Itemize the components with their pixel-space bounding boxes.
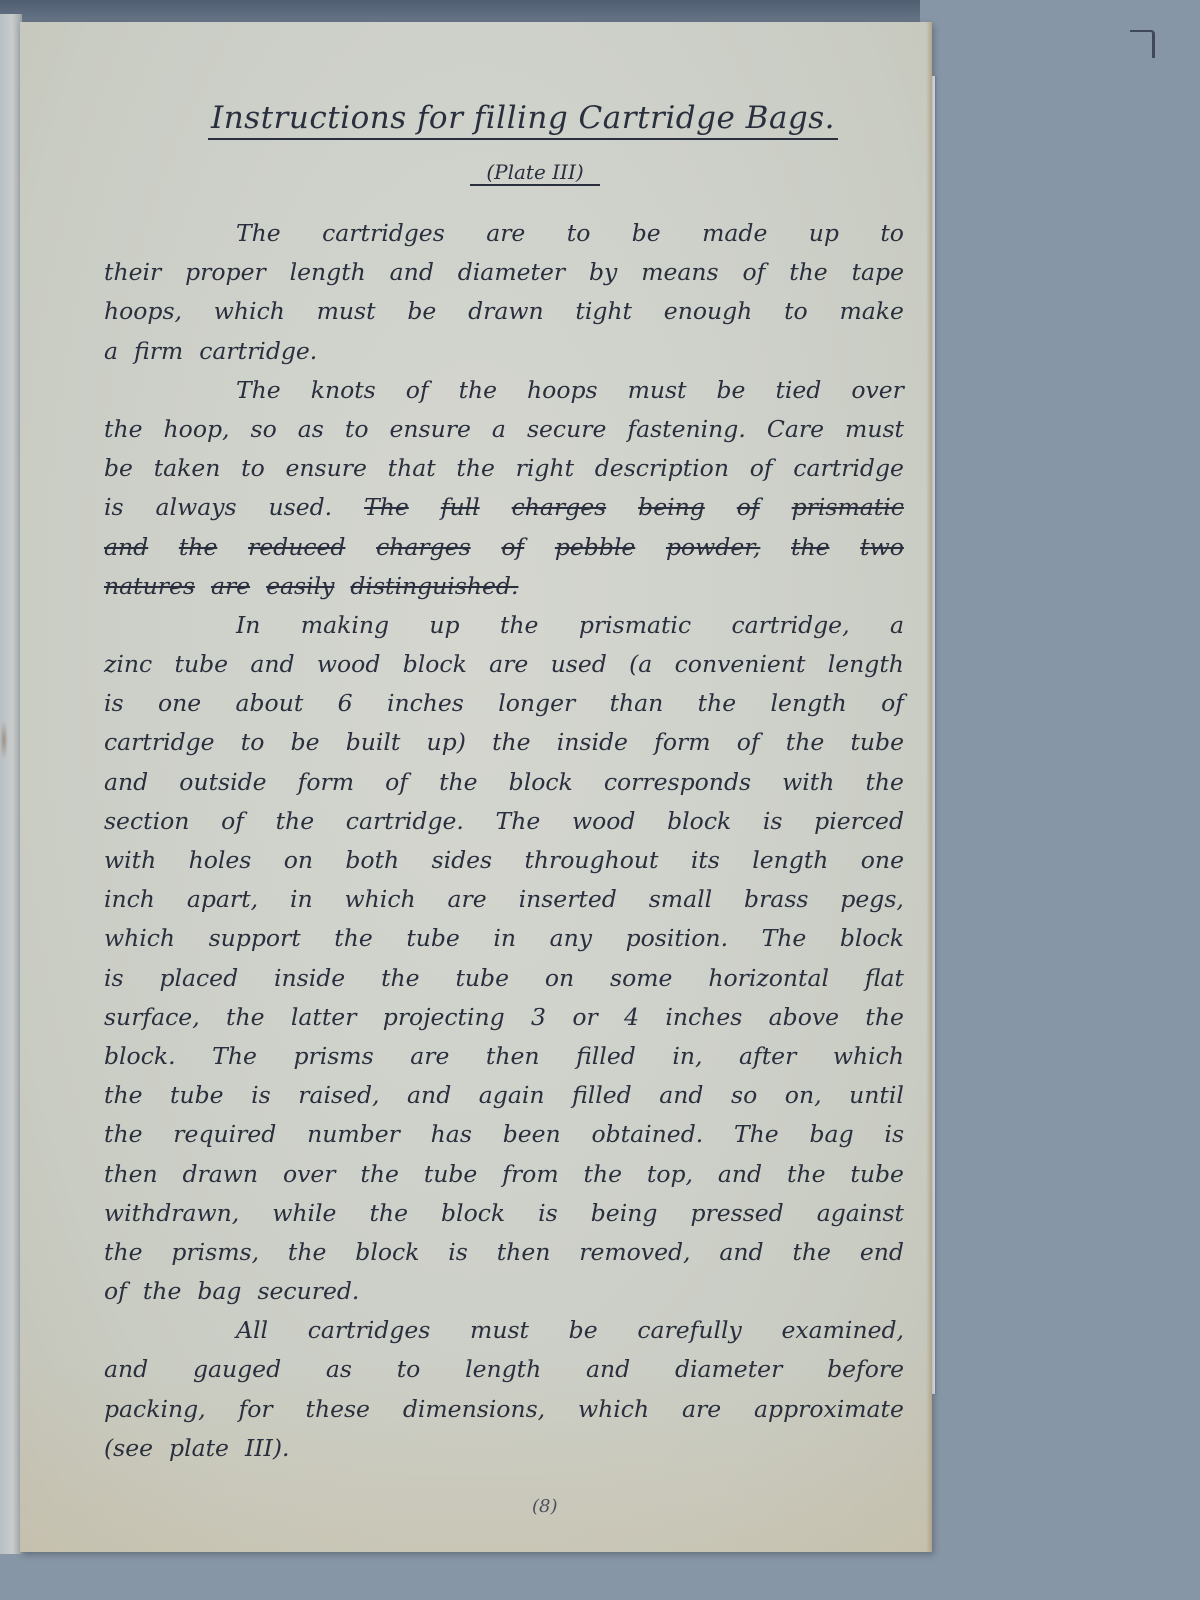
word: wood [317, 645, 380, 684]
text-line: Inmakinguptheprismaticcartridge,a [104, 606, 904, 645]
word: tube [455, 959, 509, 998]
word: is [448, 1233, 468, 1272]
struck-word: pebble [555, 528, 635, 567]
word: ensure [286, 449, 367, 488]
word: III). [245, 1429, 290, 1468]
word: being [591, 1194, 658, 1233]
word: proper [185, 253, 266, 292]
word: the [276, 802, 315, 841]
word: up [429, 606, 459, 645]
word: to [241, 449, 265, 488]
word: of [221, 802, 244, 841]
word: zinc [104, 645, 152, 684]
word: the [104, 1233, 143, 1272]
word: block. [104, 1037, 176, 1076]
word: to [241, 723, 265, 762]
word: block [403, 645, 467, 684]
word: over [283, 1155, 336, 1194]
manuscript-body: Thecartridgesaretobemadeuptotheirproperl… [104, 214, 904, 1468]
text-line: hoops,whichmustbedrawntightenoughtomake [104, 292, 904, 331]
word: then [497, 1233, 551, 1272]
word: block [355, 1233, 419, 1272]
word: bag [810, 1115, 854, 1154]
word: tube [424, 1155, 478, 1194]
word: be [407, 292, 436, 331]
word: The [496, 802, 541, 841]
text-line: Theknotsofthehoopsmustbetiedover [104, 371, 904, 410]
struck-word: distinguished. [350, 567, 518, 606]
word: so [731, 1076, 757, 1115]
word: been [503, 1115, 561, 1154]
word: of [104, 1272, 127, 1311]
word: flat [865, 959, 904, 998]
word: The [734, 1115, 779, 1154]
word: which [578, 1390, 649, 1429]
word: must [470, 1311, 529, 1350]
text-line: sectionofthecartridge.Thewoodblockispier… [104, 802, 904, 841]
word: again [479, 1076, 545, 1115]
word: removed, [579, 1233, 690, 1272]
text-line: andgaugedastolengthanddiameterbefore [104, 1350, 904, 1389]
text-line: therequirednumberhasbeenobtained.Thebagi… [104, 1115, 904, 1154]
word: fastening. [627, 410, 745, 449]
word: as [326, 1350, 352, 1389]
word: dimensions, [403, 1390, 545, 1429]
struck-word: the [179, 528, 218, 567]
word: make [839, 292, 903, 331]
struck-word: of [737, 488, 760, 527]
word: the [792, 1233, 831, 1272]
word: The [212, 1037, 257, 1076]
word: taken [154, 449, 221, 488]
word: be [569, 1311, 598, 1350]
word: inserted [519, 880, 617, 919]
word: on [545, 959, 574, 998]
word: about [236, 684, 304, 723]
word: always [156, 488, 237, 527]
word: end [860, 1233, 904, 1272]
word: must [317, 292, 376, 331]
word: length [771, 684, 847, 723]
struck-word: charges [376, 528, 471, 567]
word: as [298, 410, 324, 449]
word: than [610, 684, 664, 723]
word: required [173, 1115, 276, 1154]
word: holes [189, 841, 252, 880]
plate-reference: (Plate III) [470, 160, 600, 186]
word: before [827, 1350, 904, 1389]
word: and [407, 1076, 451, 1115]
word: are [448, 880, 487, 919]
word: the [288, 1233, 327, 1272]
word: drawn [183, 1155, 259, 1194]
word: cartridge. [346, 802, 464, 841]
word: of [742, 253, 765, 292]
text-line: inchapart,inwhichareinsertedsmallbrasspe… [104, 880, 904, 919]
word: a [890, 606, 904, 645]
struck-word: two [860, 528, 904, 567]
word: and [250, 645, 294, 684]
word: block [441, 1194, 505, 1233]
struck-word: natures [104, 567, 195, 606]
struck-word: The [364, 488, 409, 527]
word: the [104, 1076, 143, 1115]
struck-word: prismatic [792, 488, 904, 527]
word: tube [850, 1155, 904, 1194]
word: The [236, 371, 281, 410]
word: tube [175, 645, 229, 684]
word: pierced [814, 802, 904, 841]
word: is [538, 1194, 558, 1233]
text-line: isoneabout6incheslongerthanthelengthof [104, 684, 904, 723]
word: filled [572, 1076, 632, 1115]
word: the [500, 606, 539, 645]
word: sides [432, 841, 493, 880]
word: has [431, 1115, 472, 1154]
word: The [762, 919, 807, 958]
word: used [551, 645, 607, 684]
word: gauged [193, 1350, 281, 1389]
word: corresponds [604, 763, 751, 802]
word: firm [134, 332, 183, 371]
text-line: withholesonbothsidesthroughoutitslengtho… [104, 841, 904, 880]
text-line: isalwaysused.Thefullchargesbeingofprisma… [104, 488, 904, 527]
word: prismatic [579, 606, 691, 645]
word: and [718, 1155, 762, 1194]
word: so [251, 410, 277, 449]
word: section [104, 802, 189, 841]
facing-page-edge [0, 14, 22, 1554]
word: one [158, 684, 201, 723]
word: by [589, 253, 617, 292]
word: is [104, 684, 124, 723]
word: cartridges [322, 214, 445, 253]
text-line: Thecartridgesaretobemadeupto [104, 214, 904, 253]
word: of [881, 684, 904, 723]
word: prisms, [171, 1233, 259, 1272]
word: tube [170, 1076, 224, 1115]
word: brass [744, 880, 808, 919]
word: horizontal [708, 959, 829, 998]
word: drawn [468, 292, 544, 331]
word: cartridges [308, 1311, 431, 1350]
struck-word: easily [266, 567, 334, 606]
word: to [567, 214, 591, 253]
word: right [516, 449, 574, 488]
word: the [865, 998, 904, 1037]
word: over [851, 371, 904, 410]
word: tight [575, 292, 632, 331]
word: small [649, 880, 712, 919]
word: both [345, 841, 399, 880]
word: up [809, 214, 839, 253]
word: (a [629, 645, 652, 684]
word: length [752, 841, 828, 880]
text-line: thendrawnoverthetubefromthetop,andthetub… [104, 1155, 904, 1194]
word: tube [850, 723, 904, 762]
word: obtained. [591, 1115, 703, 1154]
word: filled [576, 1037, 636, 1076]
word: plate [169, 1429, 229, 1468]
page-right-edge [926, 22, 932, 1552]
word: the [369, 1194, 408, 1233]
word: length [290, 253, 366, 292]
paper-stain [0, 720, 8, 760]
word: one [861, 841, 904, 880]
text-line: packing,forthesedimensions,whichareappro… [104, 1390, 904, 1429]
word: the [104, 410, 143, 449]
word: withdrawn, [104, 1194, 239, 1233]
word: cartridge [104, 723, 215, 762]
word: wood [572, 802, 635, 841]
text-line: ofthebagsecured. [104, 1272, 904, 1311]
word: prisms [293, 1037, 373, 1076]
text-line: zinctubeandwoodblockareused(aconvenientl… [104, 645, 904, 684]
word: made [702, 214, 767, 253]
word: are [486, 214, 525, 253]
word: must [845, 410, 904, 449]
word: on, [785, 1076, 822, 1115]
struck-word: being [638, 488, 705, 527]
text-line: withdrawn,whiletheblockisbeingpressedaga… [104, 1194, 904, 1233]
word: inside [557, 723, 628, 762]
word: 4 [624, 998, 639, 1037]
word: built [346, 723, 401, 762]
text-line: (seeplateIII). [104, 1429, 904, 1468]
word: hoop, [164, 410, 230, 449]
word: are [682, 1390, 721, 1429]
text-line: betakentoensurethattherightdescriptionof… [104, 449, 904, 488]
word: then [104, 1155, 158, 1194]
word: length [465, 1350, 541, 1389]
word: the [143, 1272, 182, 1311]
word: are [489, 645, 528, 684]
word: 3 [531, 998, 546, 1037]
text-line: andthereducedchargesofpebblepowder,thetw… [104, 528, 904, 567]
word: projecting [383, 998, 505, 1037]
word: a [492, 410, 506, 449]
word: to [345, 410, 369, 449]
word: with [104, 841, 156, 880]
word: is [884, 1115, 904, 1154]
word: position. [626, 919, 728, 958]
word: and [104, 763, 148, 802]
word: which [104, 919, 175, 958]
word: and [390, 253, 434, 292]
word: knots [311, 371, 376, 410]
word: the [456, 449, 495, 488]
word: the [226, 998, 265, 1037]
word: In [236, 606, 260, 645]
text-line: cartridgetobebuiltup)theinsideformofthet… [104, 723, 904, 762]
word: the [439, 763, 478, 802]
word: form [654, 723, 710, 762]
word: form [298, 763, 354, 802]
word: be [291, 723, 320, 762]
word: hoops, [104, 292, 182, 331]
word: against [817, 1194, 904, 1233]
word: and [104, 1350, 148, 1389]
struck-word: charges [512, 488, 607, 527]
word: hoops [527, 371, 598, 410]
word: approximate [754, 1390, 904, 1429]
word: cartridge [793, 449, 904, 488]
word: up) [427, 723, 466, 762]
text-line: afirmcartridge. [104, 332, 904, 371]
word: block [509, 763, 573, 802]
word: while [272, 1194, 336, 1233]
word: in, [672, 1037, 702, 1076]
word: means [641, 253, 718, 292]
word: the [584, 1155, 623, 1194]
text-line: Allcartridgesmustbecarefullyexamined, [104, 1311, 904, 1350]
word: of [737, 723, 760, 762]
word: used. [269, 488, 333, 527]
word: cartridge, [732, 606, 850, 645]
word: the [334, 919, 373, 958]
word: or [572, 998, 597, 1037]
struck-word: and [104, 528, 148, 567]
word: then [486, 1037, 540, 1076]
word: which [833, 1037, 904, 1076]
word: diameter [458, 253, 565, 292]
word: inside [274, 959, 345, 998]
word: be [104, 449, 133, 488]
word: and [719, 1233, 763, 1272]
word: examined, [781, 1311, 904, 1350]
word: a [104, 332, 118, 371]
word: inches [387, 684, 464, 723]
word: the [360, 1155, 399, 1194]
word: tape [852, 253, 904, 292]
word: of [406, 371, 429, 410]
page-number: (8) [532, 1496, 558, 1517]
word: raised, [298, 1076, 379, 1115]
word: tube [406, 919, 460, 958]
word: to [397, 1350, 421, 1389]
struck-word: full [441, 488, 480, 527]
word: its [691, 841, 720, 880]
word: are [410, 1037, 449, 1076]
struck-word: reduced [248, 528, 345, 567]
word: which [214, 292, 285, 331]
word: of [385, 763, 408, 802]
word: length [828, 645, 904, 684]
word: the [865, 763, 904, 802]
word: throughout [524, 841, 658, 880]
text-line: isplacedinsidethetubeonsomehorizontalfla… [104, 959, 904, 998]
word: bag [197, 1272, 241, 1311]
word: surface, [104, 998, 200, 1037]
word: The [236, 214, 281, 253]
word: convenient [675, 645, 806, 684]
word: in [493, 919, 516, 958]
word: secure [527, 410, 606, 449]
word: any [550, 919, 592, 958]
word: inches [665, 998, 742, 1037]
word: these [306, 1390, 370, 1429]
word: packing, [104, 1390, 206, 1429]
word: All [236, 1311, 268, 1350]
struck-word: of [501, 528, 524, 567]
word: placed [159, 959, 238, 998]
word: description [595, 449, 729, 488]
word: the [381, 959, 420, 998]
word: some [610, 959, 672, 998]
word: that [388, 449, 436, 488]
word: on [284, 841, 313, 880]
word: latter [291, 998, 357, 1037]
text-line: block.Theprismsarethenfilledin,afterwhic… [104, 1037, 904, 1076]
word: be [717, 371, 746, 410]
corner-bracket-mark-icon [1130, 30, 1155, 58]
word: and [586, 1350, 630, 1389]
word: inch [104, 880, 155, 919]
word: pegs, [840, 880, 904, 919]
word: the [786, 723, 825, 762]
word: top, [647, 1155, 693, 1194]
word: from [502, 1155, 558, 1194]
word: is [104, 959, 124, 998]
word: enough [664, 292, 753, 331]
word: outside [179, 763, 266, 802]
word: ensure [390, 410, 471, 449]
word: is [251, 1076, 271, 1115]
word: carefully [637, 1311, 741, 1350]
word: the [492, 723, 531, 762]
word: in [290, 880, 313, 919]
word: block [840, 919, 904, 958]
text-line: thetubeisraised,andagainfilledandsoon,un… [104, 1076, 904, 1115]
page-title: Instructions for filling Cartridge Bags. [208, 100, 838, 140]
word: is [763, 802, 783, 841]
word: the [698, 684, 737, 723]
word: be [632, 214, 661, 253]
word: the [789, 253, 828, 292]
word: number [307, 1115, 400, 1154]
word: their [104, 253, 161, 292]
text-line: theirproperlengthanddiameterbymeansofthe… [104, 253, 904, 292]
word: until [849, 1076, 904, 1115]
text-line: thehoop,soastoensureasecurefastening.Car… [104, 410, 904, 449]
word: 6 [338, 684, 353, 723]
word: (see [104, 1429, 153, 1468]
word: with [782, 763, 834, 802]
word: support [209, 919, 301, 958]
word: secured. [257, 1272, 359, 1311]
word: above [769, 998, 839, 1037]
word: longer [498, 684, 575, 723]
word: and [659, 1076, 703, 1115]
word: the [459, 371, 498, 410]
word: cartridge. [199, 332, 317, 371]
word: which [345, 880, 416, 919]
word: block [667, 802, 731, 841]
word: the [787, 1155, 826, 1194]
word: making [301, 606, 389, 645]
word: is [104, 488, 124, 527]
text-line: naturesareeasilydistinguished. [104, 567, 904, 606]
word: tied [775, 371, 821, 410]
text-line: andoutsideformoftheblockcorrespondswitht… [104, 763, 904, 802]
text-line: surface,thelatterprojecting3or4inchesabo… [104, 998, 904, 1037]
text-line: theprisms,theblockisthenremoved,andtheen… [104, 1233, 904, 1272]
word: Care [767, 410, 824, 449]
word: to [784, 292, 808, 331]
struck-word: are [211, 567, 250, 606]
text-line: whichsupportthetubeinanyposition.Thebloc… [104, 919, 904, 958]
word: must [628, 371, 687, 410]
